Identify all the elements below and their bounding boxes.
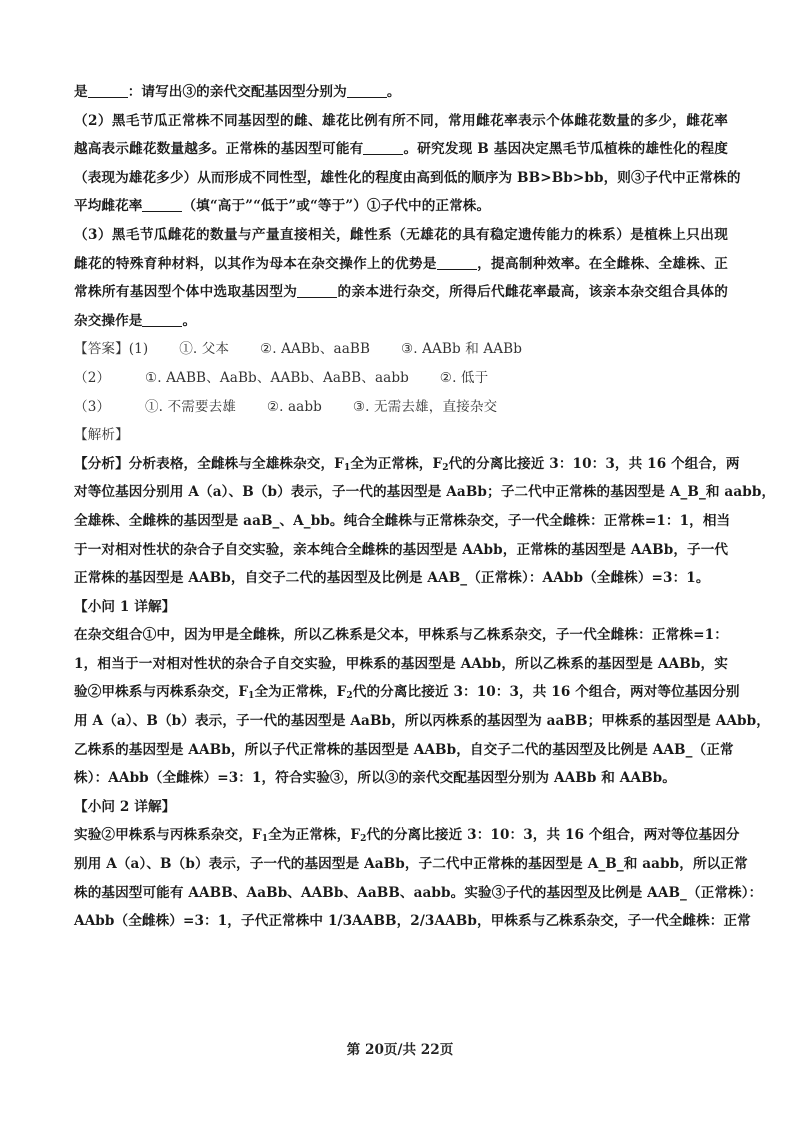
question-3-line: （3）黑毛节瓜雌花的数量与产量直接相关，雌性系（无雄花的具有稳定遗传能力的株系）…: [74, 221, 728, 250]
sub1-line: 验②甲株系与丙株系杂交，F1全为正常株，F2代的分离比接近 3：10：3，共 1…: [74, 678, 728, 707]
analysis-heading: 【解析】: [74, 421, 728, 450]
sub2-line: 株的基因型可能有 AABB、AaBb、AABb、AaBB、aabb。实验③子代的…: [74, 879, 728, 908]
answer-label: 【答案】: [74, 341, 129, 357]
sub-question-1-heading: 【小问 1 详解】: [74, 593, 728, 622]
analysis-line: 正常株的基因型是 AABb，自交子二代的基因型及比例是 AAB_（正常株）：AA…: [74, 564, 728, 593]
document-page: 是：请写出③的亲代交配基因型分别为。 （2）黑毛节瓜正常株不同基因型的雌、雄花比…: [74, 78, 728, 936]
sub1-line: 用 A（a）、B（b）表示，子一代的基因型是 AaBb，所以丙株系的基因型为 a…: [74, 707, 728, 736]
sub1-line: 1，相当于一对相对性状的杂合子自交实验，甲株系的基因型是 AAbb，所以乙株系的…: [74, 650, 728, 679]
answer-blank: [297, 283, 337, 298]
question-2-line: （2）黑毛节瓜正常株不同基因型的雌、雄花比例有所不同，常用雌花率表示个体雌花数量…: [74, 107, 728, 136]
sub1-line: 在杂交组合①中，因为甲是全雌株，所以乙株系是父本，甲株系与乙株系杂交，子一代全雌…: [74, 621, 728, 650]
sub1-line: 株）：AAbb（全雌株）=3：1，符合实验③，所以③的亲代交配基因型分别为 AA…: [74, 764, 728, 793]
sub2-line: 别用 A（a）、B（b）表示，子一代的基因型是 AaBb，子二代中正常株的基因型…: [74, 850, 728, 879]
sub2-line: AAbb（全雌株）=3：1，子代正常株中 1/3AABB，2/3AABb，甲株系…: [74, 907, 728, 936]
question-line: 越高表示雌花数量越多。正常株的基因型可能有。研究发现 B 基因决定黑毛节瓜植株的…: [74, 135, 728, 164]
answer-row-3: （3） ①. 不需要去雄 ②. aabb ③. 无需去雄，直接杂交: [74, 393, 728, 422]
question-line: 平均雌花率（填“高于”“低于”或“等于”）①子代中的正常株。: [74, 192, 728, 221]
question-line: 常株所有基因型个体中选取基因型为的亲本进行杂交，所得后代雌花率最高，该亲本杂交组…: [74, 278, 728, 307]
sub2-line: 实验②甲株系与丙株系杂交，F1全为正常株，F2代的分离比接近 3：10：3，共 …: [74, 821, 728, 850]
answer-blank: [88, 83, 128, 98]
question-line: （表现为雄花多少）从而形成不同性型，雄性化的程度由高到低的顺序为 BB>Bb>b…: [74, 164, 728, 193]
page-number: 第 20页/共 22页: [0, 1038, 800, 1058]
answer-row-1: 【答案】(1) ①. 父本 ②. AABb、aaBB ③. AABb 和 AAB…: [74, 335, 728, 364]
analysis-line: 于一对相对性状的杂合子自交实验，亲本纯合全雌株的基因型是 AAbb，正常株的基因…: [74, 536, 728, 565]
answer-blank: [363, 140, 403, 155]
answer-blank: [437, 255, 477, 270]
question-line: 雌花的特殊育种材料，以其作为母本在杂交操作上的优势是，提高制种效率。在全雌株、全…: [74, 250, 728, 279]
analysis-line: 全雄株、全雌株的基因型是 aaB_、A_bb。纯合全雌株与正常株杂交，子一代全雌…: [74, 507, 728, 536]
answer-row-2: （2） ①. AABB、AaBb、AABb、AaBB、aabb ②. 低于: [74, 364, 728, 393]
sub-question-2-heading: 【小问 2 详解】: [74, 793, 728, 822]
analysis-line: 【分析】分析表格，全雌株与全雄株杂交，F1全为正常株，F2代的分离比接近 3：1…: [74, 450, 728, 479]
question-line: 是：请写出③的亲代交配基因型分别为。: [74, 78, 728, 107]
question-line: 杂交操作是。: [74, 307, 728, 336]
analysis-line: 对等位基因分别用 A（a）、B（b）表示，子一代的基因型是 AaBb；子二代中正…: [74, 478, 728, 507]
answer-blank: [142, 197, 182, 212]
answer-blank: [142, 312, 182, 327]
answer-blank: [347, 83, 387, 98]
sub1-line: 乙株系的基因型是 AABb，所以子代正常株的基因型是 AABb，自交子二代的基因…: [74, 736, 728, 765]
